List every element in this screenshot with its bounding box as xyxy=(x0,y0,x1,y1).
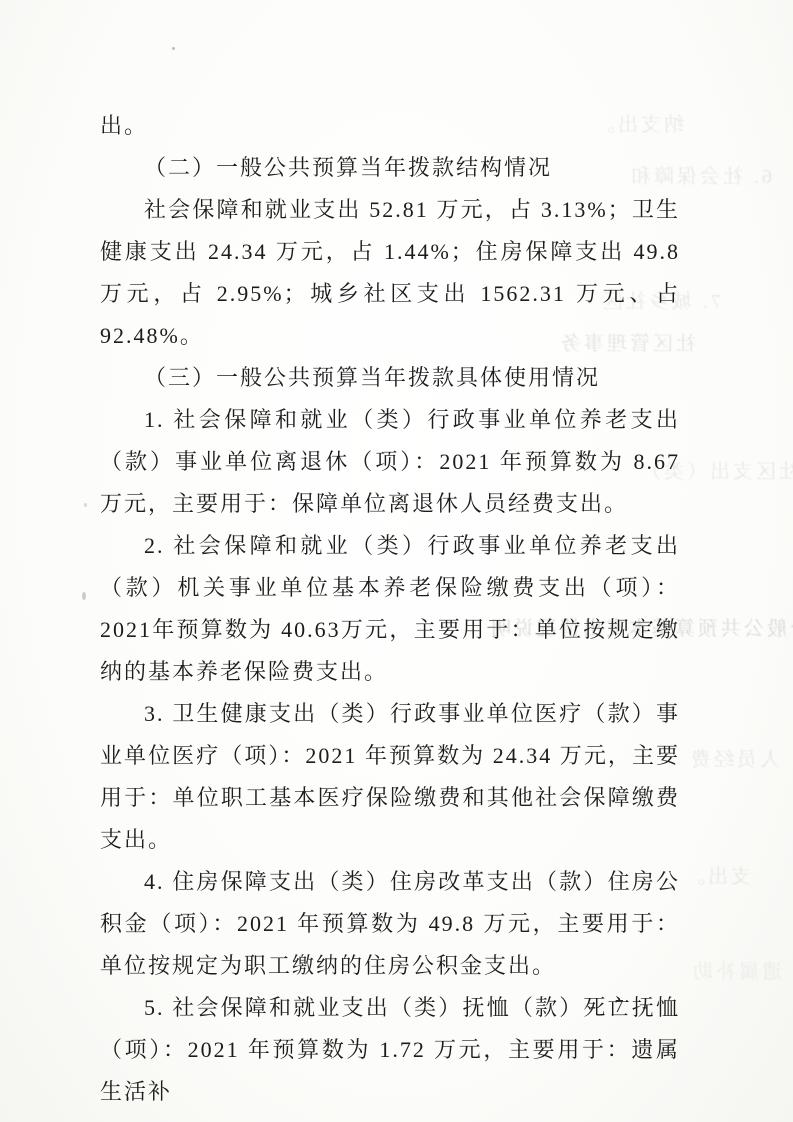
scan-speck xyxy=(82,592,86,600)
bleedthrough-text: 支出。 xyxy=(682,860,751,889)
paragraph-item-1: 1. 社会保障和就业（类）行政事业单位养老支出（款）事业单位离退休（项）：202… xyxy=(100,399,680,525)
heading-section-two: （二）一般公共预算当年拨款结构情况 xyxy=(100,147,680,189)
scan-speck xyxy=(84,503,87,507)
scan-speck xyxy=(172,47,175,50)
bleedthrough-text: 人员经费 xyxy=(688,743,780,772)
document-body: 出。 （二）一般公共预算当年拨款结构情况 社会保障和就业支出 52.81 万元，… xyxy=(100,105,680,1113)
paragraph-item-2: 2. 社会保障和就业（类）行政事业单位养老支出（款）机关事业单位基本养老保险缴费… xyxy=(100,525,680,693)
paragraph-item-4: 4. 住房保障支出（类）住房改革支出（款）住房公积金（项）：2021 年预算数为… xyxy=(100,861,680,987)
page-number: - 7 - xyxy=(590,996,655,1017)
paragraph-allocation-structure: 社会保障和就业支出 52.81 万元，占 3.13%；卫生健康支出 24.34 … xyxy=(100,189,680,357)
scanned-document-page: 纳支出。 6. 社会保障和 7. 城乡社区 社区管理事务 8. 城乡社区支出（类… xyxy=(0,0,793,1122)
heading-section-three: （三）一般公共预算当年拨款具体使用情况 xyxy=(100,357,680,399)
paragraph-continuation: 出。 xyxy=(100,105,680,147)
paragraph-item-3: 3. 卫生健康支出（类）行政事业单位医疗（款）事业单位医疗（项）：2021 年预… xyxy=(100,693,680,861)
bleedthrough-text: 遗属补助 xyxy=(690,955,782,984)
